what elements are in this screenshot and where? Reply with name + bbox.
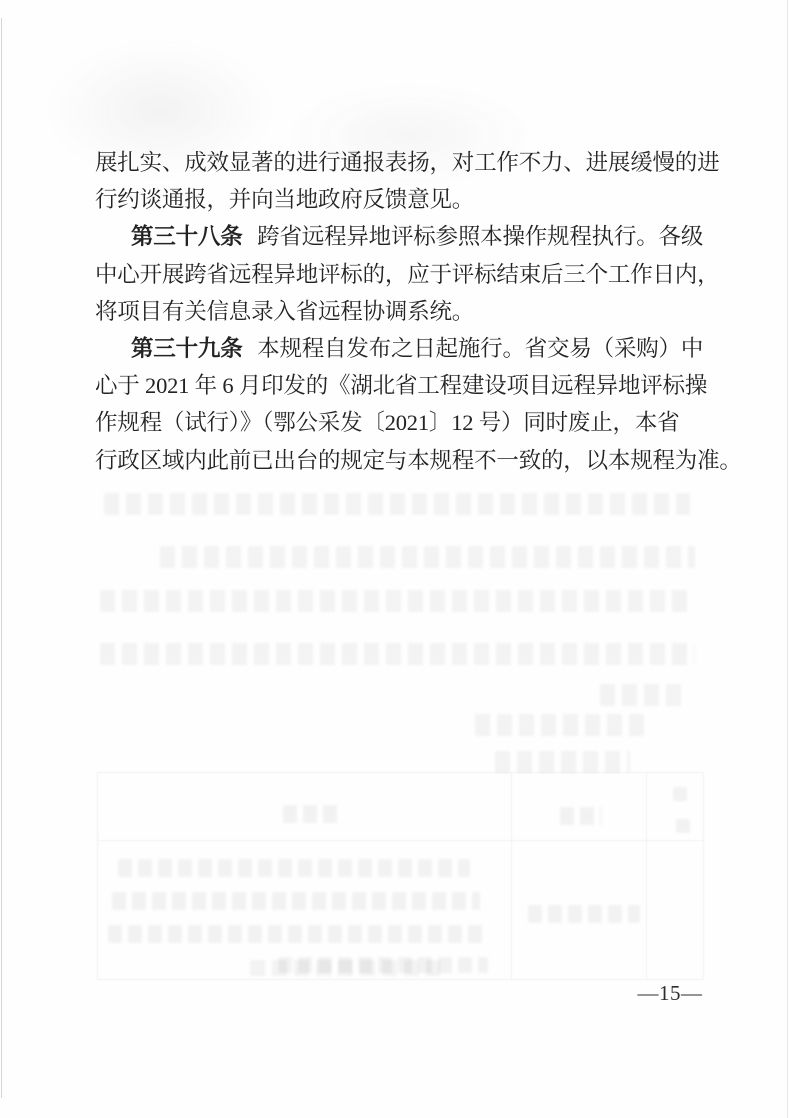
bleed-table-smudge <box>118 859 470 877</box>
document-text-line: 心于 2021 年 6 月印发的《湖北省工程建设项目远程异地评标操 <box>95 367 725 404</box>
bleed-through-text-line <box>495 751 630 773</box>
bleed-through-text-line <box>100 590 690 612</box>
bleed-table-vertical-rule <box>646 773 647 979</box>
line-text: 行约谈通报，并向当地政府反馈意见。 <box>95 187 474 212</box>
bleed-table-smudge <box>278 957 488 973</box>
line-text: 中心开展跨省远程异地评标的，应于评标结束后三个工作日内， <box>95 262 719 287</box>
document-text-line-article-38: 第三十八条跨省远程异地评标参照本操作规程执行。各级 <box>95 218 725 255</box>
bleed-table-smudge <box>560 807 602 825</box>
line-text: 心于 2021 年 6 月印发的《湖北省工程建设项目远程异地评标操 <box>95 373 707 398</box>
document-text-line-article-39: 第三十九条本规程自发布之日起施行。省交易（采购）中 <box>95 330 725 367</box>
document-text-line: 行约谈通报，并向当地政府反馈意见。 <box>95 181 725 218</box>
line-text: 跨省远程异地评标参照本操作规程执行。各级 <box>257 224 703 249</box>
bleed-through-text-line <box>600 684 688 706</box>
document-text-line: 展扎实、成效显著的进行通报表扬，对工作不力、进展缓慢的进 <box>95 144 725 181</box>
bleed-table-horizontal-rule <box>98 840 703 841</box>
bleed-table-smudge <box>112 892 480 910</box>
document-text-line: 将项目有关信息录入省远程协调系统。 <box>95 293 725 330</box>
line-text: 将项目有关信息录入省远程协调系统。 <box>95 299 474 324</box>
line-text: 作规程（试行）》（鄂公采发〔2021〕12 号）同时废止，本省 <box>95 410 679 435</box>
bleed-through-text-line <box>475 714 645 736</box>
line-text: 行政区域内此前已出台的规定与本规程不一致的，以本规程为准。 <box>95 448 742 473</box>
bleed-through-table <box>97 772 704 980</box>
bleed-through-text-line <box>160 546 695 568</box>
scan-edge-right <box>787 0 788 1118</box>
document-text-line: 作规程（试行）》（鄂公采发〔2021〕12 号）同时废止，本省 <box>95 404 725 441</box>
bleed-table-smudge <box>283 805 341 823</box>
line-text: 本规程自发布之日起施行。省交易（采购）中 <box>257 336 703 361</box>
article-number: 第三十八条 <box>131 224 243 249</box>
scanned-document-page: 展扎实、成效显著的进行通报表扬，对工作不力、进展缓慢的进 行约谈通报，并向当地政… <box>0 0 789 1118</box>
scan-edge-left <box>1 18 2 1098</box>
document-text-line: 行政区域内此前已出台的规定与本规程不一致的，以本规程为准。 <box>95 442 725 479</box>
document-text-line: 中心开展跨省远程异地评标的，应于评标结束后三个工作日内， <box>95 256 725 293</box>
bleed-table-smudge <box>673 787 693 801</box>
bleed-table-smudge <box>108 925 486 943</box>
line-text: 展扎实、成效显著的进行通报表扬，对工作不力、进展缓慢的进 <box>95 150 719 175</box>
bleed-table-smudge <box>528 905 640 923</box>
page-number: —15— <box>630 981 710 1006</box>
document-body-text: 展扎实、成效显著的进行通报表扬，对工作不力、进展缓慢的进 行约谈通报，并向当地政… <box>95 144 725 479</box>
bleed-table-smudge <box>676 819 694 833</box>
bleed-table-vertical-rule <box>511 773 512 979</box>
bleed-through-text-line <box>100 643 695 665</box>
bleed-through-text-line <box>104 493 690 515</box>
article-number: 第三十九条 <box>131 336 243 361</box>
